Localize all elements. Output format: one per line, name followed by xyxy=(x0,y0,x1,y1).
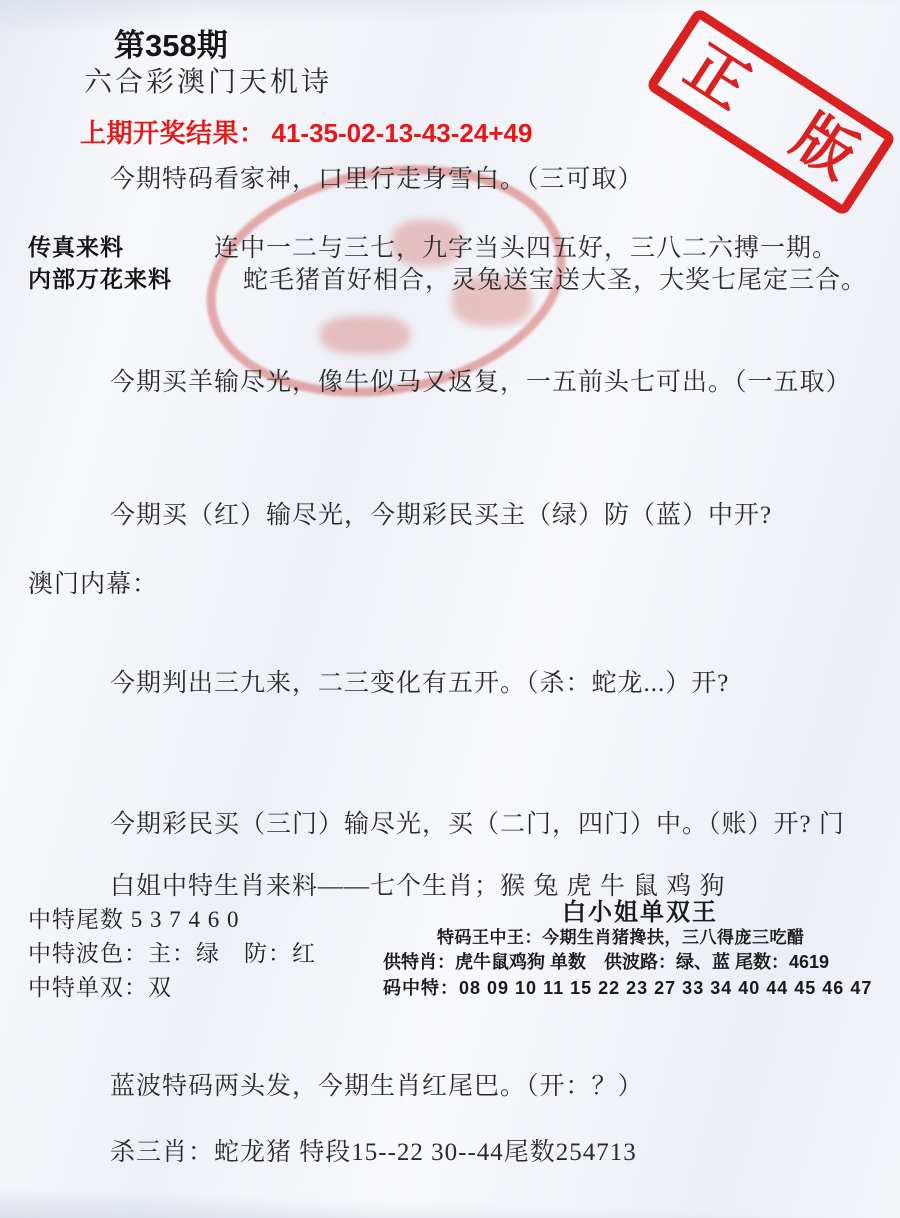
special-odd-even: 中特单双：双 xyxy=(28,969,172,1002)
lottery-tip-sheet: 第358期 六合彩澳门天机诗 上期开奖结果：41-35-02-13-43-24+… xyxy=(0,0,900,1218)
special-tail-numbers: 中特尾数 5 3 7 4 6 0 xyxy=(28,901,240,934)
verse-gate-bet: 今期彩民买（三门）输尽光，买（二门，四门）中。（账）开? 门 xyxy=(110,804,845,840)
stamp-char-2: 版 xyxy=(783,105,866,188)
macau-insider-label: 澳门内幕： xyxy=(28,564,158,600)
kill-three-zodiac-line: 杀三肖：蛇龙猪 特段15--22 30--44尾数254713 xyxy=(110,1132,637,1168)
blue-wave-verse: 蓝波特码两头发，今期生肖红尾巴。（开：？） xyxy=(110,1066,644,1102)
last-draw-result: 上期开奖结果：41-35-02-13-43-24+49 xyxy=(80,113,532,150)
verse-judgement: 今期判出三九来，二三变化有五开。（杀：蛇龙...）开? xyxy=(110,663,729,699)
king-of-kings-line: 特码王中王：今期生肖猪搀扶，三八得庞三吃醋 xyxy=(437,923,805,948)
verse-sheep: 今期买羊输尽光，像牛似马又返复，一五前头七可出。（一五取） xyxy=(110,362,852,398)
fax-material-label: 传真来料 xyxy=(28,229,124,262)
offered-numbers-line: 码中特：08 09 10 11 15 22 23 27 33 34 40 44 … xyxy=(383,974,872,1000)
offered-zodiac-line: 供特肖：虎牛鼠鸡狗 单数 供波路：绿、蓝 尾数：4619 xyxy=(383,948,829,974)
fax-material-text: 连中一二与三七，九字当头四五好，三八二六搏一期。 xyxy=(214,228,838,264)
verse-special-code: 今期特码看家神，口里行走身雪白。（三可取） xyxy=(110,159,644,195)
internal-material-label: 内部万花来料 xyxy=(28,261,172,294)
verse-color-bet: 今期买（红）输尽光，今期彩民买主（绿）防（蓝）中开? xyxy=(110,495,772,531)
seal-ink-smudge-icon xyxy=(320,316,410,354)
special-wave-color: 中特波色：主：绿 防：红 xyxy=(28,935,316,968)
stamp-char-1: 正 xyxy=(676,36,759,119)
right-panel-title: 白小姐单双王 xyxy=(440,892,840,927)
page-title: 六合彩澳门天机诗 xyxy=(84,60,332,100)
genuine-stamp: 正 版 xyxy=(645,7,897,217)
internal-material-text: 蛇毛猪首好相合，灵兔送宝送大圣，大奖七尾定三合。 xyxy=(243,260,867,296)
last-draw-result-numbers: 41-35-02-13-43-24+49 xyxy=(266,118,533,148)
last-draw-result-label: 上期开奖结果： xyxy=(80,118,266,148)
issue-number: 第358期 xyxy=(114,20,228,65)
